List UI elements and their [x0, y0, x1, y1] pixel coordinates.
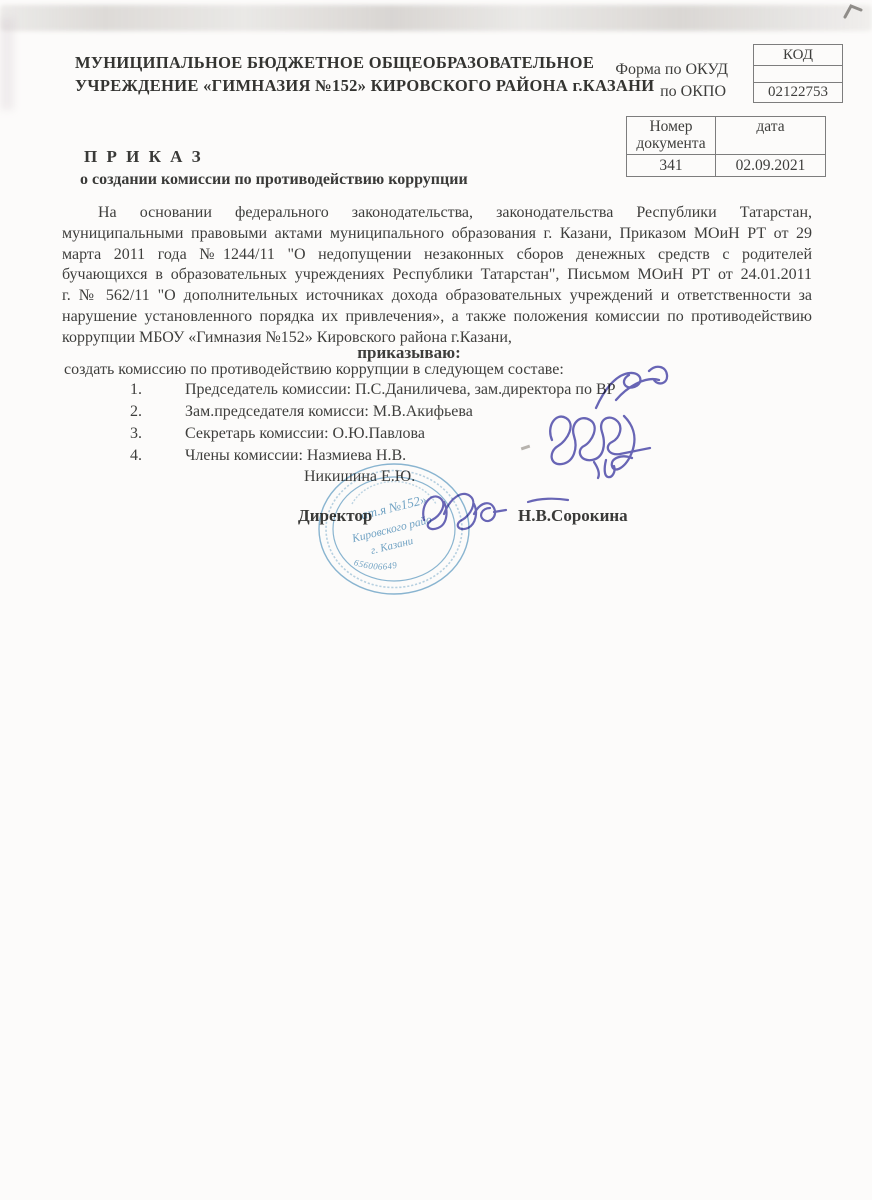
doc-date-value: 02.09.2021	[716, 155, 825, 176]
list-item-number: 3.	[130, 425, 185, 443]
list-item-text: Зам.председателя комисси: М.В.Акифьева	[185, 403, 473, 421]
director-signature-ink	[410, 486, 585, 536]
approval-signatures-ink	[528, 356, 678, 484]
list-item: 2. Зам.председателя комисси: М.В.Акифьев…	[130, 403, 473, 421]
list-item-number: 1.	[130, 381, 185, 399]
order-title: П Р И К А З	[84, 147, 203, 167]
order-subject: о создании комиссии по противодействию к…	[80, 171, 468, 189]
paragraph-line: г. № 562/11 "О дополнительных источниках…	[62, 286, 812, 307]
doc-date-header: дата	[716, 117, 825, 155]
list-item: 3. Секретарь комиссии: О.Ю.Павлова	[130, 425, 425, 443]
paragraph-line: бучающихся в образовательных учреждениях…	[62, 265, 812, 286]
form-okpo-label: по ОКПО	[660, 83, 726, 101]
form-okud-label: Форма по ОКУД	[615, 61, 728, 79]
doc-number-table: Номер документа дата 341 02.09.2021	[626, 116, 826, 177]
org-name-line2: УЧРЕЖДЕНИЕ «ГИМНАЗИЯ №152» КИРОВСКОГО РА…	[75, 76, 654, 96]
doc-number-value: 341	[627, 155, 716, 176]
scan-shadow-band	[0, 5, 872, 31]
order-paragraph: На основании федерального законодательст…	[62, 203, 812, 349]
scan-edge-smudge	[0, 18, 14, 110]
code-box-title: КОД	[754, 45, 842, 66]
document-page: МУНИЦИПАЛЬНОЕ БЮДЖЕТНОЕ ОБЩЕОБРАЗОВАТЕЛЬ…	[0, 0, 872, 1200]
code-box: КОД 02122753	[753, 44, 843, 103]
list-item-text: Секретарь комиссии: О.Ю.Павлова	[185, 425, 425, 443]
paragraph-line: На основании федерального законодательст…	[62, 203, 812, 224]
doc-number-header: Номер документа	[627, 117, 716, 155]
commission-intro: создать комиссию по противодействию корр…	[64, 361, 564, 379]
org-name-line1: МУНИЦИПАЛЬНОЕ БЮДЖЕТНОЕ ОБЩЕОБРАЗОВАТЕЛЬ…	[75, 53, 594, 73]
list-item-number: 4.	[130, 447, 185, 465]
paragraph-line: муниципальными правовыми актами муниципа…	[62, 224, 812, 245]
code-box-okud-value	[754, 66, 842, 83]
list-item-number: 2.	[130, 403, 185, 421]
paragraph-line: нарушение установленного порядка их прив…	[62, 307, 812, 328]
paragraph-line: марта 2011 года №1244/11 "О недопущении …	[62, 245, 812, 266]
scan-corner-mark	[843, 3, 865, 21]
code-box-okpo-value: 02122753	[754, 83, 842, 102]
